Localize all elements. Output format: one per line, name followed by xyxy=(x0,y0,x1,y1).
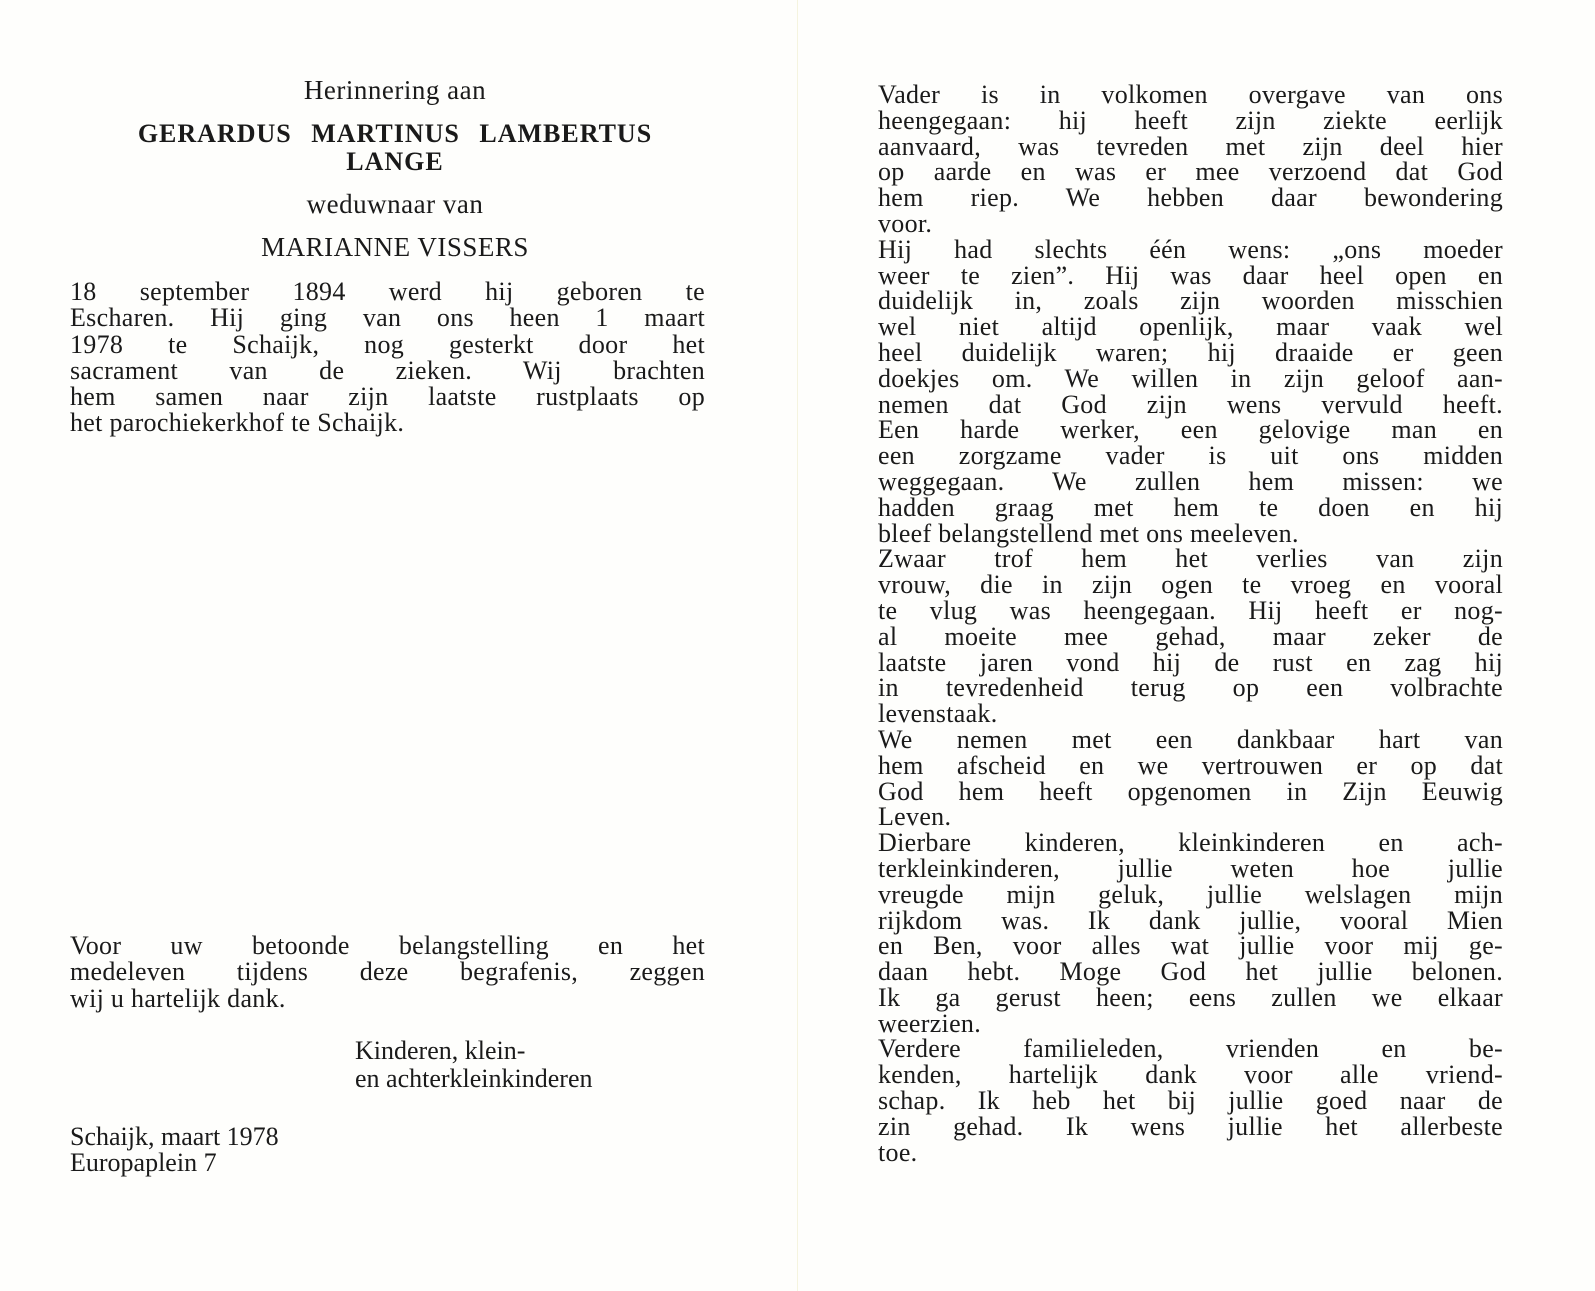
text-line: aanvaard, was tevreden met zijn deel hie… xyxy=(878,134,1503,160)
text-line: heel duidelijk waren; hij draaide er gee… xyxy=(878,340,1503,366)
text-line: terkleinkinderen, jullie weten hoe julli… xyxy=(878,856,1503,882)
text-line: sacrament van de zieken. Wij brachten xyxy=(70,358,705,384)
text-line: nemen dat God zijn wens vervuld heeft. xyxy=(878,392,1503,418)
text-line: toe. xyxy=(878,1140,1503,1166)
deceased-name-line1: GERARDUS MARTINUS LAMBERTUS xyxy=(70,120,720,148)
text-line: weerzien. xyxy=(878,1011,1503,1037)
text-line: schap. Ik heb het bij jullie goed naar d… xyxy=(878,1088,1503,1114)
text-line: Escharen. Hij ging van ons heen 1 maart xyxy=(70,305,705,331)
text-line: Hij had slechts één wens: „ons moeder xyxy=(878,237,1503,263)
text-line: en Ben, voor alles wat jullie voor mij g… xyxy=(878,933,1503,959)
text-line: op aarde en was er mee verzoend dat God xyxy=(878,159,1503,185)
text-line: Leven. xyxy=(878,804,1503,830)
deceased-name: GERARDUS MARTINUS LAMBERTUS LANGE xyxy=(70,120,720,176)
text-line: hadden graag met hem te doen en hij xyxy=(878,495,1503,521)
text-line: doekjes om. We willen in zijn geloof aan… xyxy=(878,366,1503,392)
text-line: laatste jaren vond hij de rust en zag hi… xyxy=(878,650,1503,676)
text-line: wel niet altijd openlijk, maar vaak wel xyxy=(878,314,1503,340)
signature: Kinderen, klein- en achterkleinkinderen xyxy=(355,1037,593,1093)
text-line: We nemen met een dankbaar hart van xyxy=(878,727,1503,753)
text-line: 1978 te Schaijk, nog gesterkt door het xyxy=(70,332,705,358)
signature-line: Kinderen, klein- xyxy=(355,1037,593,1065)
signature-line: en achterkleinkinderen xyxy=(355,1065,593,1093)
text-line: daan hebt. Moge God het jullie belonen. xyxy=(878,959,1503,985)
text-line: vrouw, die in zijn ogen te vroeg en voor… xyxy=(878,572,1503,598)
text-line: heengegaan: hij heeft zijn ziekte eerlij… xyxy=(878,108,1503,134)
text-line: duidelijk in, zoals zijn woorden misschi… xyxy=(878,288,1503,314)
card-fold-line xyxy=(797,0,798,1291)
text-line: God hem heeft opgenomen in Zijn Eeuwig xyxy=(878,779,1503,805)
text-line: Een harde werker, een gelovige man en xyxy=(878,417,1503,443)
memorial-text: Vader is in volkomen overgave van onshee… xyxy=(878,82,1503,1165)
text-line: weer te zien”. Hij was daar heel open en xyxy=(878,263,1503,289)
text-line: Dierbare kinderen, kleinkinderen en ach- xyxy=(878,830,1503,856)
text-line: 18 september 1894 werd hij geboren te xyxy=(70,279,705,305)
text-line: medeleven tijdens deze begrafenis, zegge… xyxy=(70,959,705,985)
text-line: in tevredenheid terug op een volbrachte xyxy=(878,675,1503,701)
text-line: een zorgzame vader is uit ons midden xyxy=(878,443,1503,469)
address: Europaplein 7 xyxy=(70,1150,279,1176)
text-line: hem afscheid en we vertrouwen er op dat xyxy=(878,753,1503,779)
text-line: zin gehad. Ik wens jullie het allerbeste xyxy=(878,1114,1503,1140)
intro-heading: Herinnering aan xyxy=(70,76,720,104)
text-line: Verdere familieleden, vrienden en be- xyxy=(878,1036,1503,1062)
text-line: weggegaan. We zullen hem missen: we xyxy=(878,469,1503,495)
biography-paragraph: 18 september 1894 werd hij geboren te Es… xyxy=(70,279,705,437)
relation-label: weduwnaar van xyxy=(70,190,720,218)
text-line: al moeite mee gehad, maar zeker de xyxy=(878,624,1503,650)
text-line: het parochiekerkhof te Schaijk. xyxy=(70,410,705,436)
thanks-paragraph: Voor uw betoonde belangstelling en het m… xyxy=(70,933,705,1012)
text-line: rijkdom was. Ik dank jullie, vooral Mien xyxy=(878,908,1503,934)
spouse-name: MARIANNE VISSERS xyxy=(70,233,720,261)
text-line: Ik ga gerust heen; eens zullen we elkaar xyxy=(878,985,1503,1011)
place-and-address: Schaijk, maart 1978 Europaplein 7 xyxy=(70,1124,279,1176)
text-line: vreugde mijn geluk, jullie welslagen mij… xyxy=(878,882,1503,908)
place-date: Schaijk, maart 1978 xyxy=(70,1124,279,1150)
text-line: voor. xyxy=(878,211,1503,237)
text-line: hem riep. We hebben daar bewondering xyxy=(878,185,1503,211)
deceased-name-line2: LANGE xyxy=(70,148,720,176)
text-line: bleef belangstellend met ons meeleven. xyxy=(878,521,1503,547)
text-line: kenden, hartelijk dank voor alle vriend- xyxy=(878,1062,1503,1088)
text-line: Vader is in volkomen overgave van ons xyxy=(878,82,1503,108)
text-line: hem samen naar zijn laatste rustplaats o… xyxy=(70,384,705,410)
text-line: Zwaar trof hem het verlies van zijn xyxy=(878,546,1503,572)
text-line: wij u hartelijk dank. xyxy=(70,986,705,1012)
text-line: Voor uw betoonde belangstelling en het xyxy=(70,933,705,959)
text-line: te vlug was heengegaan. Hij heeft er nog… xyxy=(878,598,1503,624)
text-line: levenstaak. xyxy=(878,701,1503,727)
